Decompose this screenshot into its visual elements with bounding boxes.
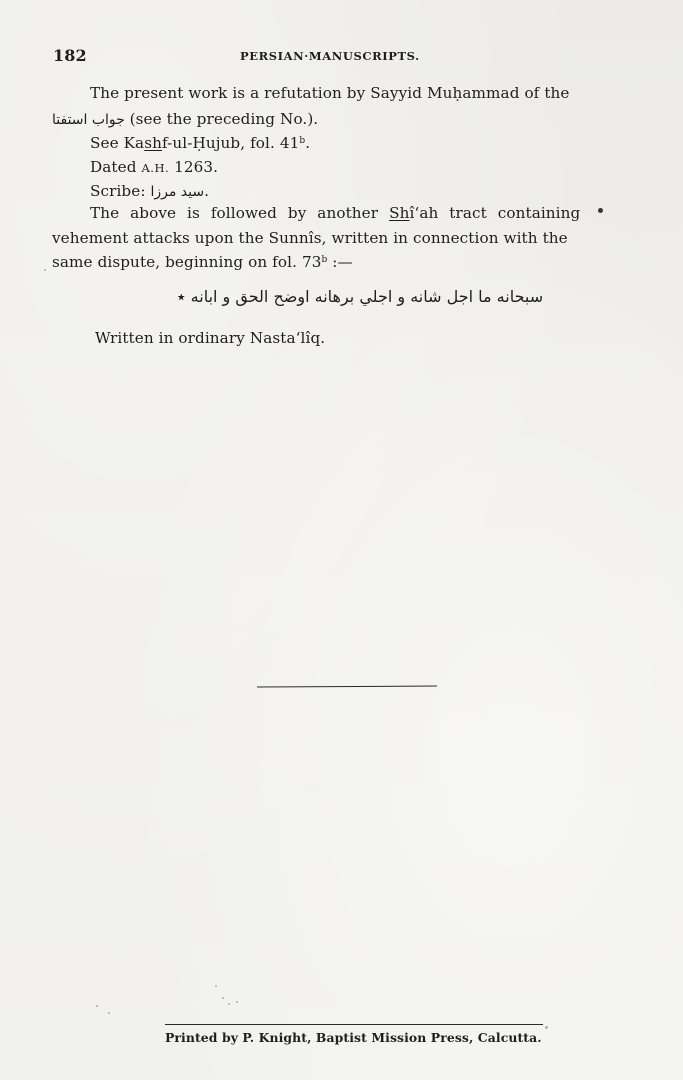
para2-line3-text: same dispute, beginning on fol. 73 [52,253,322,271]
scan-speck [215,985,217,987]
section-divider-rule [257,686,437,688]
paragraph-2-line-2: vehement attacks upon the Sunnîs, writte… [52,229,568,247]
date-line: Dated A.H. 1263. [90,158,218,177]
scan-speck [545,1026,548,1029]
dated-year: 1263. [169,158,218,176]
scribe-end: . [204,182,209,200]
running-head: PERSIAN·MANUSCRIPTS. [240,47,420,65]
scan-speck [222,997,224,999]
scanned-page: 182 PERSIAN·MANUSCRIPTS. The present wor… [0,0,683,1080]
scribe-label: Scribe: [90,182,150,200]
see-ref-text: See Ka [90,134,144,152]
paragraph-2-line-3: same dispute, beginning on fol. 73b :— [52,253,353,271]
para2-text: The above is followed by another [90,204,389,222]
script-note: Written in ordinary Nasta‘lîq. [95,329,325,347]
scan-speck [228,1003,230,1005]
printer-imprint: Printed by P. Knight, Baptist Mission Pr… [165,1030,542,1045]
paragraph-1-line-1: The present work is a refutation by Sayy… [90,84,570,102]
cross-reference: (see the preceding No.). [125,110,318,128]
era-abbrev: A.H. [141,161,169,175]
see-ref-end: . [305,134,310,152]
dated-label: Dated [90,158,141,176]
scribe-line: Scribe: سيد مرزا. [90,182,209,201]
page-number: 182 [53,47,87,65]
footer-rule [165,1024,543,1025]
para2-text-2: î‘ah tract containing [409,204,580,222]
para2-translit: Sh [389,204,409,222]
arabic-incipit: سبحانه ما اجل شانه و اجلي برهانه اوضح ال… [130,286,590,308]
arabic-title: جواب استفتا [52,112,125,128]
scan-blot [598,208,603,213]
scan-speck [236,1001,238,1003]
see-ref-translit: sh [144,134,162,152]
scan-speck [108,1012,110,1014]
scan-speck [44,269,46,271]
scan-speck [96,1005,98,1007]
para2-line3-end: :— [327,253,352,271]
see-reference: See Kashf-ul-Ḥujub, fol. 41b. [90,134,310,152]
paragraph-1-line-2: جواب استفتا (see the preceding No.). [52,110,318,129]
paragraph-2-line-1: The above is followed by another Shî‘ah … [90,204,580,222]
see-ref-text-2: f-ul-Ḥujub, fol. 41 [162,134,299,152]
scribe-name-arabic: سيد مرزا [150,184,204,200]
